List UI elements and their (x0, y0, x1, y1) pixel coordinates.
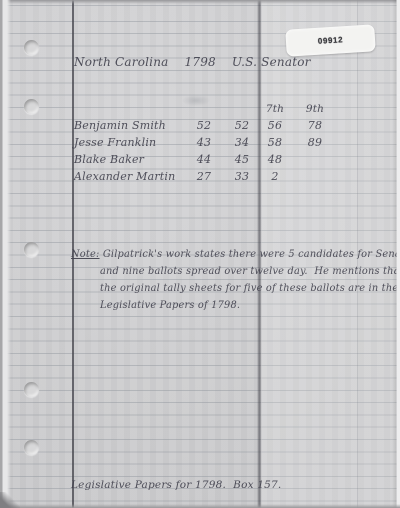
note-text: the original tally sheets for five of th… (100, 283, 398, 294)
note-text: and nine ballots spread over twelve day.… (100, 266, 400, 277)
column-header-7th-ballot: 7th (261, 103, 289, 115)
candidate-name: Alexander Martin (74, 170, 175, 183)
vote-count: 27 (190, 170, 218, 183)
punch-hole (24, 440, 39, 455)
table-row: Benjamin Smith 52 52 56 78 (74, 119, 396, 134)
column-header-9th-ballot: 9th (301, 103, 329, 115)
note-label: Note: (71, 249, 100, 260)
punch-hole (24, 40, 39, 55)
candidate-name: Jesse Franklin (74, 136, 156, 149)
vote-count: 89 (301, 136, 329, 149)
vote-count: 33 (228, 170, 256, 183)
vote-count: 52 (190, 119, 218, 132)
table-row: Blake Baker 44 45 48 (74, 153, 396, 168)
candidate-name: Blake Baker (74, 153, 144, 166)
vote-count: 44 (190, 153, 218, 166)
note-text: Gilpatrick's work states there were 5 ca… (103, 249, 400, 260)
vote-count: 56 (261, 119, 289, 132)
scan-corner-shadow (0, 492, 20, 508)
source-citation: Legislative Papers for 1798. Box 157. (71, 479, 281, 491)
punch-hole (24, 242, 39, 257)
candidate-name: Benjamin Smith (74, 119, 166, 132)
notebook-paper: 09912 North Carolina 1798 U.S. Senator 7… (0, 0, 400, 508)
punch-hole (24, 382, 39, 397)
catalog-number: 09912 (318, 35, 344, 46)
table-row: Alexander Martin 27 33 2 (74, 170, 396, 185)
vote-count: 45 (228, 153, 256, 166)
vote-count: 48 (261, 153, 289, 166)
scan-edge-right (392, 0, 400, 508)
vote-count: 34 (228, 136, 256, 149)
erased-smudge (182, 95, 210, 106)
scanned-page: 09912 North Carolina 1798 U.S. Senator 7… (0, 0, 400, 508)
vote-count: 52 (228, 119, 256, 132)
vote-count: 58 (261, 136, 289, 149)
vote-count: 78 (301, 119, 329, 132)
scan-edge-bottom (0, 504, 400, 508)
scan-edge-left (0, 0, 11, 508)
catalog-sticker: 09912 (285, 24, 375, 56)
page-title: North Carolina 1798 U.S. Senator (74, 55, 311, 69)
punch-hole (24, 99, 39, 114)
scan-edge-top (0, 0, 400, 4)
table-row: Jesse Franklin 43 34 58 89 (74, 136, 396, 151)
vote-count: 43 (190, 136, 218, 149)
note-first-line: Note: Gilpatrick's work states there wer… (71, 249, 400, 260)
note-text: Legislative Papers of 1798. (100, 300, 240, 311)
vote-count: 2 (261, 170, 289, 183)
